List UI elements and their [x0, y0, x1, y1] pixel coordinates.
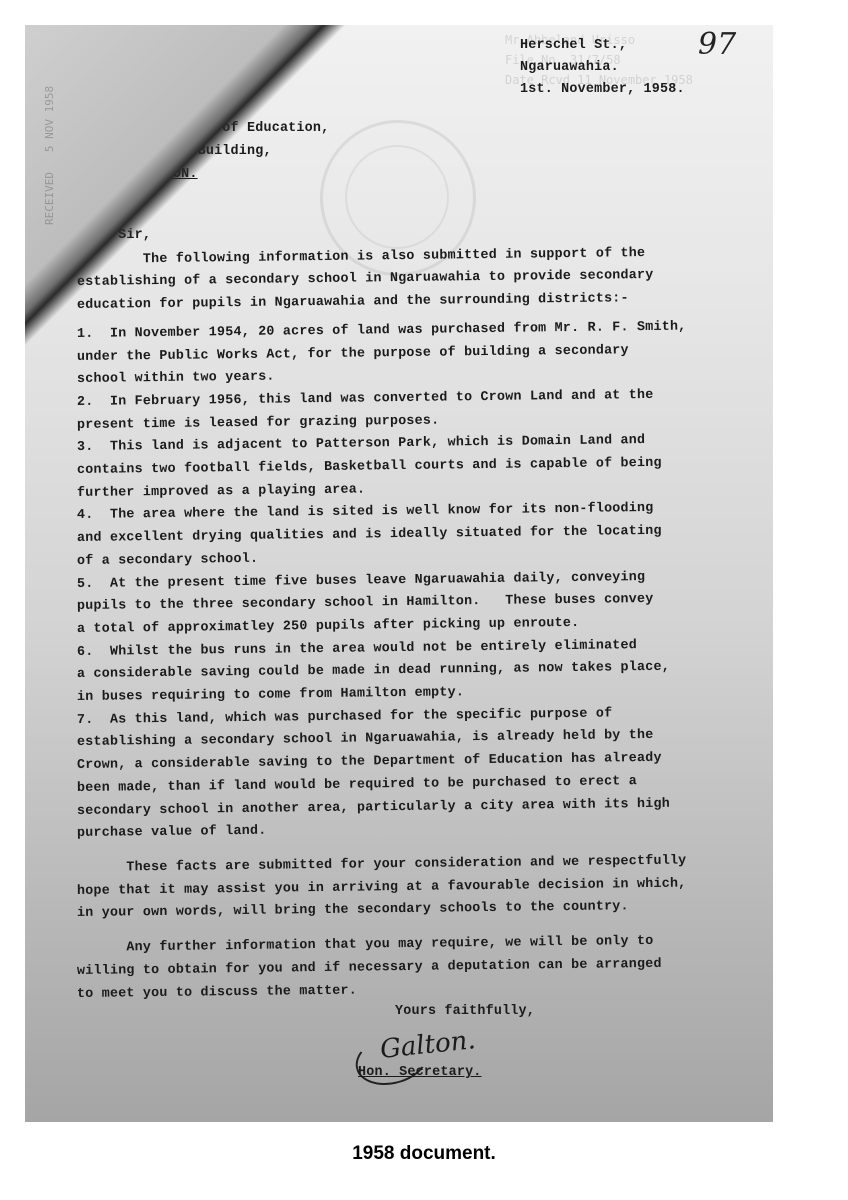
figure-caption: 1958 document. — [0, 1143, 848, 1165]
sender-address: Herschel St., Ngaruawahia. 1st. November… — [520, 35, 685, 101]
side-stamp-text: RECEIVED 5 NOV 1958 — [43, 45, 153, 225]
letter-body: Dear Sir, The following information is a… — [77, 225, 686, 1006]
address-line: Ngaruawahia. — [520, 57, 685, 79]
scanned-letter: Mr Abbeland Urisso File No. 31/7/58 Date… — [25, 25, 773, 1122]
handwritten-page-number: 97 — [698, 27, 736, 62]
signatory-title: Hon. Secretary. — [358, 1065, 482, 1080]
address-line: Herschel St., — [520, 35, 685, 57]
date-line: 1st. November, 1958. — [520, 79, 685, 101]
valediction: Yours faithfully, — [395, 1000, 535, 1024]
signature-block: Yours faithfully, — [395, 1000, 535, 1024]
handwritten-signature: Galton. — [379, 1025, 477, 1065]
